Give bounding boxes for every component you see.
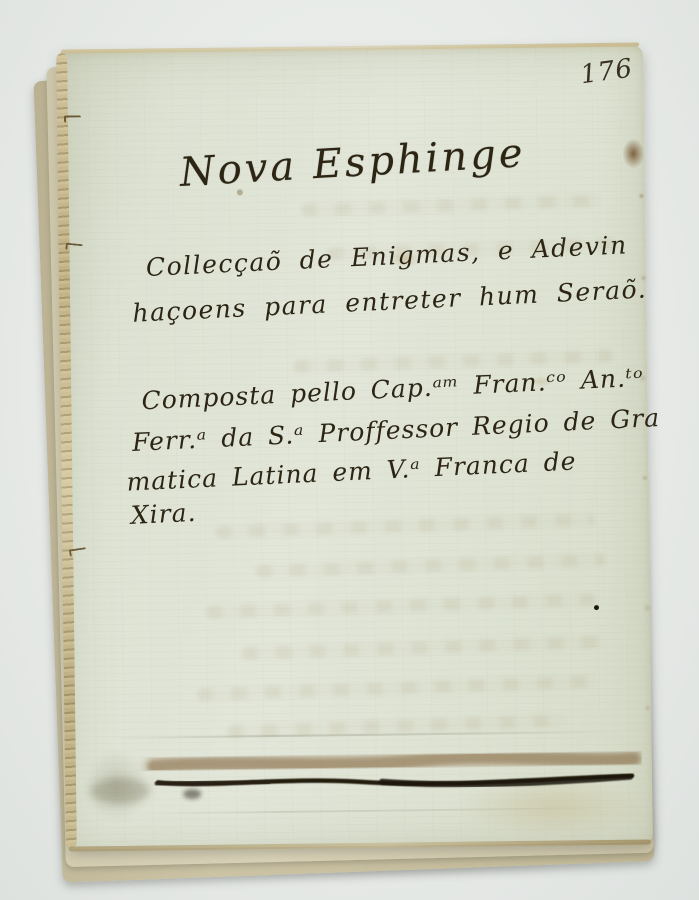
show-through-line — [206, 593, 596, 619]
show-through-line — [301, 194, 601, 217]
show-through-line — [215, 513, 595, 539]
show-through-line — [241, 635, 601, 660]
page-top-edge — [61, 43, 639, 54]
stitch-thread — [69, 547, 87, 556]
stitch-thread — [64, 115, 81, 122]
show-through-line — [255, 553, 605, 578]
ink-smear — [82, 745, 643, 812]
stitch-thread — [65, 243, 83, 252]
manuscript-title: Nova Esphinge — [60, 123, 646, 203]
subtitle-line: haçoens para entreter hum Seraõ. — [132, 274, 648, 327]
cover-page: 176 Nova Esphinge Collecçaõ de Enigmas, … — [59, 44, 653, 849]
subtitle-line: Collecçaõ de Enigmas, e Adevin — [145, 230, 628, 282]
author-line: Xira. — [130, 498, 197, 530]
ink-dot — [594, 605, 599, 610]
page-number: 176 — [579, 54, 635, 91]
manuscript-photo: 176 Nova Esphinge Collecçaõ de Enigmas, … — [0, 0, 699, 900]
show-through-line — [197, 675, 597, 701]
